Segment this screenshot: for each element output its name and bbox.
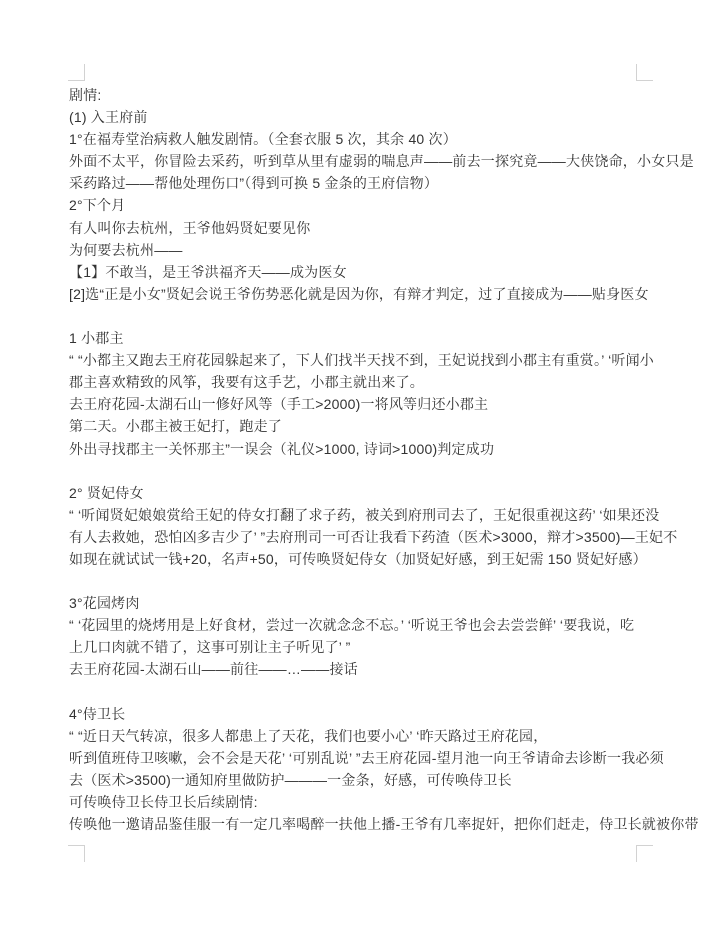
text-line: 2°下个月 (69, 194, 655, 216)
text-line: 2° 贤妃侍女 (69, 482, 655, 504)
text-line: 上几口肉就不错了，这事可别让主子听见了’ ” (69, 636, 655, 658)
text-line: 郡主喜欢精致的风筝，我要有这手艺，小郡主就出来了。 (69, 371, 655, 393)
text-line: “ “小都主又跑去王府花园躲起来了，下人们找半天找不到，王妃说找到小郡主有重赏。… (69, 349, 655, 371)
text-line: 外出寻找郡主一关怀那主”一误会（礼仪>1000, 诗词>1000)判定成功 (69, 438, 655, 460)
text-line: 第二天。小郡主被王妃打，跑走了 (69, 415, 655, 437)
text-line: 去王府花园-太湖石山——前往——…——接话 (69, 658, 655, 680)
blank-line (69, 460, 655, 482)
document-page: 剧情:(1) 入王府前1°在福寿堂治病救人触发剧情。（全套衣服 5 次，其余 4… (0, 0, 720, 932)
text-line: 1 小郡主 (69, 327, 655, 349)
text-line: “ ‘听闻贤妃娘娘赏给王妃的侍女打翻了求子药，被关到府刑司去了，王妃很重视这药’… (69, 504, 655, 526)
text-boundary-mark-top-left (68, 64, 85, 81)
document-text: 剧情:(1) 入王府前1°在福寿堂治病救人触发剧情。（全套衣服 5 次，其余 4… (69, 84, 655, 835)
text-line: 有人叫你去杭州，王爷他妈贤妃要见你 (69, 217, 655, 239)
text-line: “ ‘花园里的烧烤用是上好食材，尝过一次就念念不忘。’ ‘听说王爷也会去尝尝鲜’… (69, 614, 655, 636)
text-line: “ “近日天气转凉，很多人都患上了天花，我们也要小心’ ‘昨天路过王府花园， (69, 725, 655, 747)
text-line: [2]选“正是小女”贤妃会说王爷伤势恶化就是因为你，有辩才判定，过了直接成为——… (69, 283, 655, 305)
text-line: 采药路过——帮他处理伤口”（得到可换 5 金条的王府信物） (69, 172, 655, 194)
text-line: (1) 入王府前 (69, 106, 655, 128)
text-boundary-mark-top-right (636, 64, 653, 81)
text-line: 可传唤侍卫长侍卫长后续剧情: (69, 791, 655, 813)
text-line: 传唤他一邀请品鉴佳服一有一定几率喝醉一扶他上播-王爷有几率捉奸，把你们赶走，侍卫… (69, 813, 655, 835)
text-line: 去王府花园-太湖石山一修好风等（手工>2000)一将风等归还小郡主 (69, 393, 655, 415)
blank-line (69, 570, 655, 592)
text-line: 如现在就试试一钱+20，名声+50，可传唤贤妃侍女（加贤妃好感，到王妃需 150… (69, 548, 655, 570)
text-line: 剧情: (69, 84, 655, 106)
text-line: 外面不太平，你冒险去采药，听到草从里有虚弱的喘息声——前去一探究竟——大侠饶命，… (69, 150, 655, 172)
blank-line (69, 305, 655, 327)
text-line: 【1】不敢当，是王爷洪福齐天——成为医女 (69, 261, 655, 283)
text-line: 去（医术>3500)一通知府里做防护———一金条，好感，可传唤侍卫长 (69, 769, 655, 791)
blank-line (69, 681, 655, 703)
text-line: 听到值班侍卫咳嗽，会不会是天花’ ‘可别乱说’ ”去王府花园-望月池一向王爷请命… (69, 747, 655, 769)
text-line: 有人去救她，恐怕凶多吉少了’ ”去府刑司一可否让我看下药渣（医术>3000，辩才… (69, 526, 655, 548)
text-line: 3°花园烤肉 (69, 592, 655, 614)
text-boundary-mark-bottom-right (636, 845, 653, 862)
text-line: 4°侍卫长 (69, 703, 655, 725)
text-boundary-mark-bottom-left (68, 845, 85, 862)
text-line: 为何要去杭州—— (69, 239, 655, 261)
text-line: 1°在福寿堂治病救人触发剧情。（全套衣服 5 次，其余 40 次） (69, 128, 655, 150)
